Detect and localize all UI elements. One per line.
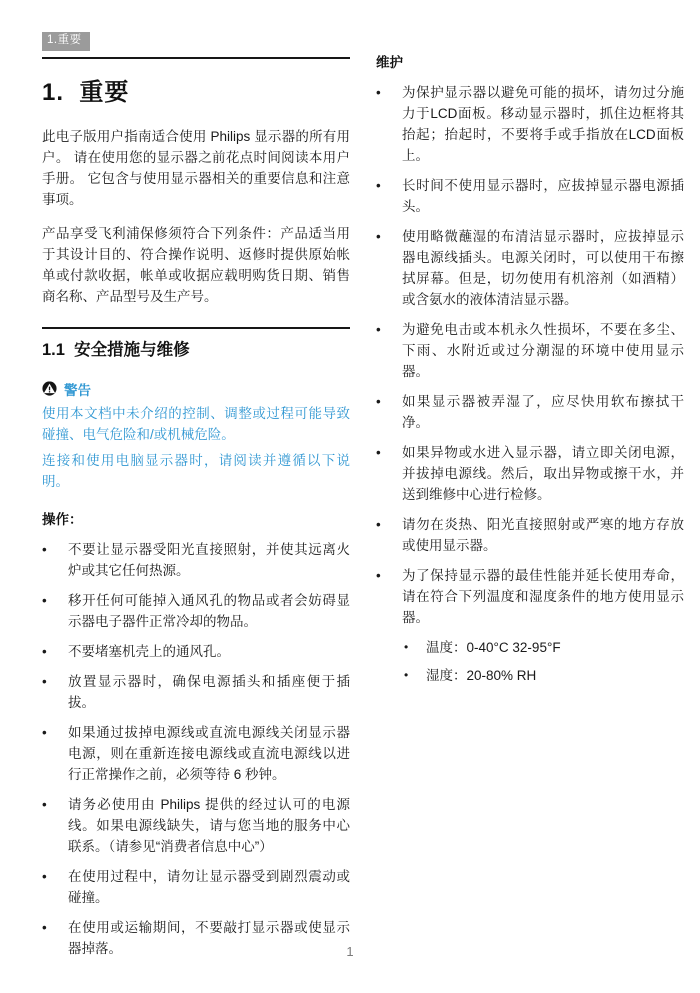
list-item: 为了保持显示器的最佳性能并延长使用寿命，请在符合下列温度和湿度条件的地方使用显示… [376, 565, 684, 628]
warning-paragraph: 使用本文档中未介绍的控制、调整或过程可能导致碰撞、电气危险和/或机械危险。 [42, 403, 350, 445]
list-item-text: 不要让显示器受阳光直接照射，并使其远离火炉或其它任何热源。 [68, 539, 350, 581]
list-item-text: 在使用过程中，请勿让显示器受到剧烈震动或碰撞。 [68, 866, 350, 908]
intro-paragraph: 此电子版用户指南适合使用 Philips 显示器的所有用户。 请在使用您的显示器… [42, 126, 350, 210]
list-item: 放置显示器时，确保电源插头和插座便于插拔。 [42, 671, 350, 713]
list-item-text: 湿度：20-80% RH [426, 665, 684, 686]
list-item-text: 为避免电击或本机永久性损坏，不要在多尘、下雨、水附近或过分潮湿的环境中使用显示器… [402, 319, 684, 382]
list-item-text: 请务必使用由 Philips 提供的经过认可的电源线。如果电源线缺失，请与您当地… [68, 794, 350, 857]
bullet-marker [404, 637, 426, 658]
list-item: 不要堵塞机壳上的通风孔。 [42, 641, 350, 662]
list-item-text: 长时间不使用显示器时，应拔掉显示器电源插头。 [402, 175, 684, 217]
list-item: 湿度：20-80% RH [404, 665, 684, 686]
list-item: 请务必使用由 Philips 提供的经过认可的电源线。如果电源线缺失，请与您当地… [42, 794, 350, 857]
warning-label: 警告 [64, 379, 91, 399]
list-item: 请勿在炎热、阳光直接照射或严寒的地方存放或使用显示器。 [376, 514, 684, 556]
bullet-marker [376, 565, 402, 628]
bullet-marker [376, 391, 402, 433]
warning-triangle-icon [42, 381, 57, 396]
maintenance-heading: 维护 [376, 51, 684, 71]
bullet-marker [42, 590, 68, 632]
page-number: 1 [0, 944, 700, 959]
list-item-text: 移开任何可能掉入通风孔的物品或者会妨碍显示器电子器件正常冷却的物品。 [68, 590, 350, 632]
bullet-marker [42, 794, 68, 857]
list-item-text: 不要堵塞机壳上的通风孔。 [68, 641, 350, 662]
bullet-marker [376, 82, 402, 166]
bullet-marker [376, 226, 402, 310]
list-item: 在使用过程中，请勿让显示器受到剧烈震动或碰撞。 [42, 866, 350, 908]
bullet-marker [376, 514, 402, 556]
chapter-title: 1. 重要 [42, 72, 350, 107]
list-item-text: 请勿在炎热、阳光直接照射或严寒的地方存放或使用显示器。 [402, 514, 684, 556]
operation-heading: 操作： [42, 508, 350, 528]
bullet-marker [42, 539, 68, 581]
header-rule [42, 57, 350, 59]
manual-page: 1.重要 1. 重要 此电子版用户指南适合使用 Philips 显示器的所有用户… [0, 0, 700, 993]
warning-paragraph: 连接和使用电脑显示器时，请阅读并遵循以下说明。 [42, 450, 350, 492]
list-item-text: 如果显示器被弄湿了，应尽快用软布擦拭干净。 [402, 391, 684, 433]
warning-header: 警告 [42, 379, 350, 399]
bullet-marker [404, 665, 426, 686]
section-title: 1.1 安全措施与维修 [42, 336, 350, 360]
bullet-marker [42, 722, 68, 785]
list-item: 如果异物或水进入显示器，请立即关闭电源，并拔掉电源线。然后，取出异物或擦干水，并… [376, 442, 684, 505]
list-item: 不要让显示器受阳光直接照射，并使其远离火炉或其它任何热源。 [42, 539, 350, 581]
right-column: 维护 为保护显示器以避免可能的损坏，请勿过分施力于LCD面板。移动显示器时，抓住… [376, 30, 684, 968]
bullet-marker [42, 866, 68, 908]
list-item: 如果通过拔掉电源线或直流电源线关闭显示器电源，则在重新连接电源线或直流电源线以进… [42, 722, 350, 785]
list-item: 为保护显示器以避免可能的损坏，请勿过分施力于LCD面板。移动显示器时，抓住边框将… [376, 82, 684, 166]
list-item-text: 如果异物或水进入显示器，请立即关闭电源，并拔掉电源线。然后，取出异物或擦干水，并… [402, 442, 684, 505]
list-item-text: 放置显示器时，确保电源插头和插座便于插拔。 [68, 671, 350, 713]
list-item: 温度：0-40°C 32-95°F [404, 637, 684, 658]
two-column-layout: 1.重要 1. 重要 此电子版用户指南适合使用 Philips 显示器的所有用户… [0, 0, 700, 968]
list-item-text: 使用略微蘸湿的布清洁显示器时，应拔掉显示器电源线插头。电源关闭时，可以使用干布擦… [402, 226, 684, 310]
environment-sublist: 温度：0-40°C 32-95°F 湿度：20-80% RH [404, 637, 684, 686]
left-column: 1.重要 1. 重要 此电子版用户指南适合使用 Philips 显示器的所有用户… [42, 30, 350, 968]
bullet-marker [42, 671, 68, 713]
list-item: 为避免电击或本机永久性损坏，不要在多尘、下雨、水附近或过分潮湿的环境中使用显示器… [376, 319, 684, 382]
bullet-marker [376, 319, 402, 382]
list-item: 使用略微蘸湿的布清洁显示器时，应拔掉显示器电源线插头。电源关闭时，可以使用干布擦… [376, 226, 684, 310]
list-item: 如果显示器被弄湿了，应尽快用软布擦拭干净。 [376, 391, 684, 433]
list-item-text: 温度：0-40°C 32-95°F [426, 637, 684, 658]
operation-list: 不要让显示器受阳光直接照射，并使其远离火炉或其它任何热源。 移开任何可能掉入通风… [42, 539, 350, 959]
list-item: 长时间不使用显示器时，应拔掉显示器电源插头。 [376, 175, 684, 217]
bullet-marker [376, 442, 402, 505]
intro-paragraph: 产品享受飞利浦保修须符合下列条件：产品适当用于其设计目的、符合操作说明、返修时提… [42, 223, 350, 307]
list-item-text: 为了保持显示器的最佳性能并延长使用寿命，请在符合下列温度和湿度条件的地方使用显示… [402, 565, 684, 628]
section-rule [42, 327, 350, 329]
list-item-text: 如果通过拔掉电源线或直流电源线关闭显示器电源，则在重新连接电源线或直流电源线以进… [68, 722, 350, 785]
list-item-text: 为保护显示器以避免可能的损坏，请勿过分施力于LCD面板。移动显示器时，抓住边框将… [402, 82, 684, 166]
maintenance-list: 为保护显示器以避免可能的损坏，请勿过分施力于LCD面板。移动显示器时，抓住边框将… [376, 82, 684, 628]
bullet-marker [376, 175, 402, 217]
bullet-marker [42, 641, 68, 662]
chapter-badge: 1.重要 [42, 32, 90, 51]
list-item: 移开任何可能掉入通风孔的物品或者会妨碍显示器电子器件正常冷却的物品。 [42, 590, 350, 632]
